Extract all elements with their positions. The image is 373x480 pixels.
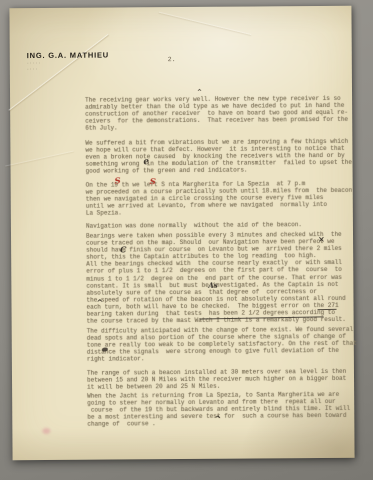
pen-as-mark: As — [208, 282, 217, 289]
paragraph-3: On the 19 th we left S nta Margherita fo… — [86, 180, 354, 217]
scan-background: ING. G.A. MATHIEU ····· ···· 2. The rece… — [0, 0, 373, 480]
paragraph-8: When the Jacht is returning from La Spez… — [87, 391, 355, 428]
pen-x-mark: × — [318, 235, 325, 243]
pen-scribble-mark: e — [143, 158, 150, 168]
paragraph-6: The difficulty anticipated with the chan… — [87, 326, 355, 363]
pen-caret-mark: ^ — [214, 414, 222, 423]
pink-ink-smudge — [42, 428, 50, 434]
pen-caret-mark: ^ — [96, 299, 103, 307]
paragraph-7: The range of such a beacon installed at … — [87, 368, 355, 391]
paper-crease — [159, 12, 252, 35]
paper-crease — [5, 150, 74, 166]
red-pen-letter-s: S — [114, 177, 121, 186]
paragraph-2: We suffered a bit from vibrations but we… — [85, 138, 353, 175]
paper: ING. G.A. MATHIEU ····· ···· 2. The rece… — [9, 6, 354, 460]
letterhead-name: ING. G.A. MATHIEU — [27, 51, 109, 61]
pen-letter-c: C — [120, 245, 126, 253]
red-pen-letter-s: S — [149, 178, 156, 187]
letterhead-subline: ···· — [27, 68, 109, 73]
paragraph-4: Navigation was done normally without the… — [86, 221, 354, 230]
pen-caret-mark: ^ — [197, 90, 202, 96]
letterhead: ING. G.A. MATHIEU ····· ···· — [27, 51, 109, 73]
page-number: 2. — [168, 56, 176, 63]
paragraph-1: The receiving gear works very well. Howe… — [85, 95, 353, 132]
letterhead-subline: ····· — [27, 62, 109, 67]
